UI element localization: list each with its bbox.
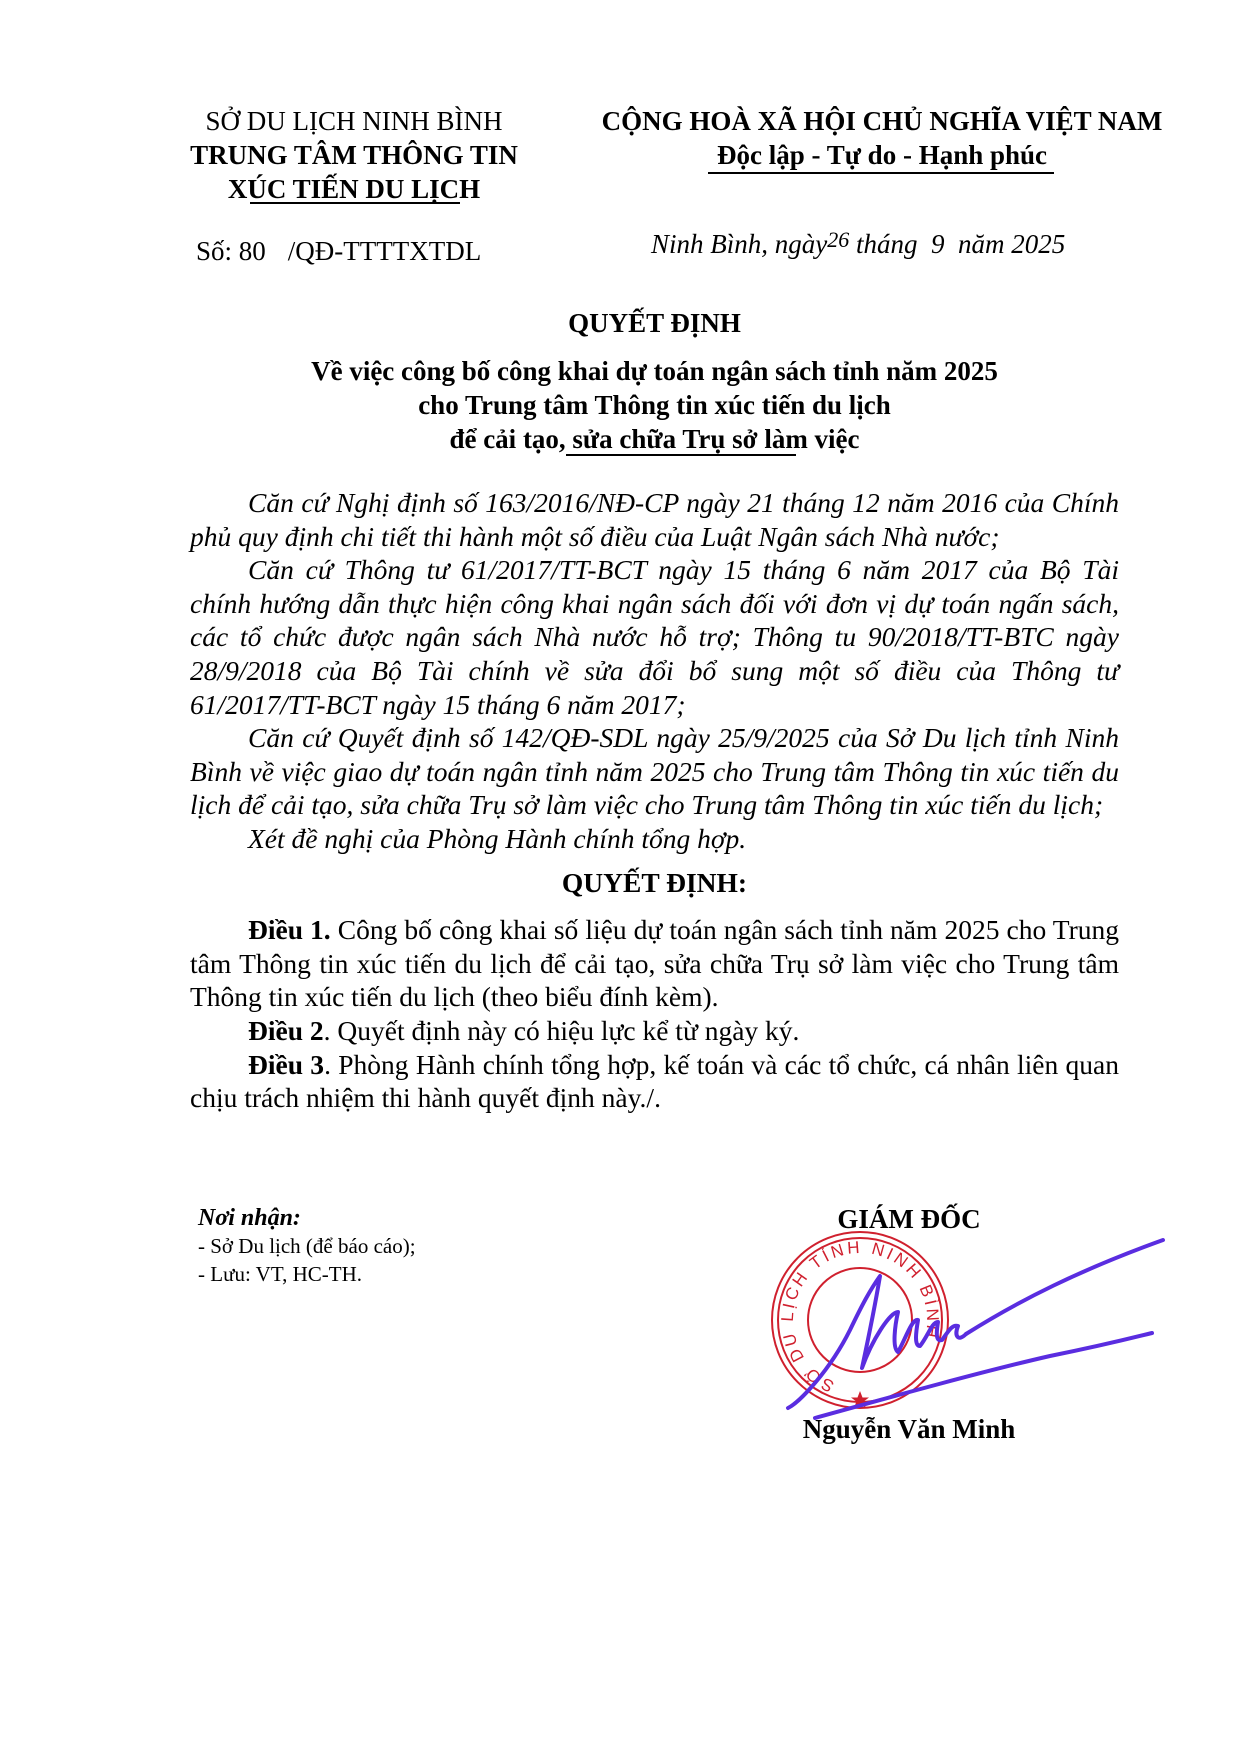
date-month-year: tháng 9 năm 2025 [856, 229, 1065, 259]
recipient-item: - Lưu: VT, HC-TH. [198, 1260, 416, 1288]
motto-underline [708, 172, 1054, 174]
document-type-heading: QUYẾT ĐỊNH [190, 306, 1119, 340]
article-1: Điều 1. Công bố công khai số liệu dự toá… [190, 913, 1119, 1014]
article-2: Điều 2. Quyết định này có hiệu lực kể từ… [190, 1014, 1119, 1048]
subject-line-1: Về việc công bố công khai dự toán ngân s… [190, 354, 1119, 388]
recipients-block: Nơi nhận: - Sở Du lịch (để báo cáo); - L… [198, 1204, 416, 1288]
national-header: CỘNG HOÀ XÃ HỘI CHỦ NGHĨA VIỆT NAM Độc l… [592, 104, 1172, 172]
article-label: Điều 2 [248, 1015, 324, 1046]
document-number: Số: 80/QĐ-TTTTXTDL [196, 236, 481, 267]
recipients-label: Nơi nhận: [198, 1204, 416, 1232]
document-title-block: QUYẾT ĐỊNH Về việc công bố công khai dự … [190, 306, 1119, 456]
signer-title: GIÁM ĐỐC [759, 1204, 1059, 1235]
country-name: CỘNG HOÀ XÃ HỘI CHỦ NGHĨA VIỆT NAM [592, 104, 1172, 138]
article-3: Điều 3. Phòng Hành chính tổng hợp, kế to… [190, 1048, 1119, 1115]
preamble-paragraph: Căn cứ Thông tư 61/2017/TT-BCT ngày 15 t… [190, 553, 1119, 721]
subject-line-3: để cải tạo, sửa chữa Trụ sở làm việc [190, 422, 1119, 456]
article-label: Điều 1. [248, 914, 331, 945]
document-body: Căn cứ Nghị định số 163/2016/NĐ-CP ngày … [190, 486, 1119, 1115]
stamp-center-text: TRUNG TÂM [810, 1287, 911, 1306]
decision-heading: QUYẾT ĐỊNH: [190, 866, 1119, 900]
article-label: Điều 3 [248, 1049, 324, 1080]
date-day: 26 [827, 227, 849, 252]
place-date: Ninh Bình, ngày26 tháng 9 năm 2025 [651, 229, 1065, 260]
preamble-paragraph: Căn cứ Nghị định số 163/2016/NĐ-CP ngày … [190, 486, 1119, 553]
subject-line-2: cho Trung tâm Thông tin xúc tiến du lịch [190, 388, 1119, 422]
official-stamp: SỞ DU LỊCH TỈNH NINH BÌNH TRUNG TÂMTHÔNG… [772, 1232, 948, 1408]
signer-name: Nguyễn Văn Minh [729, 1414, 1089, 1445]
preamble-paragraph: Căn cứ Quyết định số 142/QĐ-SDL ngày 25/… [190, 721, 1119, 822]
national-motto: Độc lập - Tự do - Hạnh phúc [592, 138, 1172, 172]
parent-agency: SỞ DU LỊCH NINH BÌNH [150, 104, 558, 138]
title-underline [566, 454, 796, 456]
official-stamp-and-signature: SỞ DU LỊCH TỈNH NINH BÌNH TRUNG TÂMTHÔNG… [740, 1200, 1200, 1440]
place-label: Ninh Bình, ngày [651, 229, 827, 259]
doc-number-suffix: /QĐ-TTTTXTDL [288, 236, 481, 266]
issuing-agency-block: SỞ DU LỊCH NINH BÌNH TRUNG TÂM THÔNG TIN… [150, 104, 558, 206]
agency-underline [250, 202, 460, 204]
recipient-item: - Sở Du lịch (để báo cáo); [198, 1232, 416, 1260]
unit-name-line2: XÚC TIẾN DU LỊCH [228, 172, 480, 206]
article-text: . Phòng Hành chính tổng hợp, kế toán và … [190, 1049, 1119, 1114]
handwritten-signature [788, 1240, 1163, 1418]
stamp-center-text: XÚC TIẾN [820, 1327, 899, 1346]
article-text: . Quyết định này có hiệu lực kể từ ngày … [324, 1015, 800, 1046]
unit-name-line1: TRUNG TÂM THÔNG TIN [150, 138, 558, 172]
preamble-paragraph: Xét đề nghị của Phòng Hành chính tổng hợ… [190, 822, 1119, 856]
doc-number-prefix: Số: 80 [196, 236, 266, 266]
